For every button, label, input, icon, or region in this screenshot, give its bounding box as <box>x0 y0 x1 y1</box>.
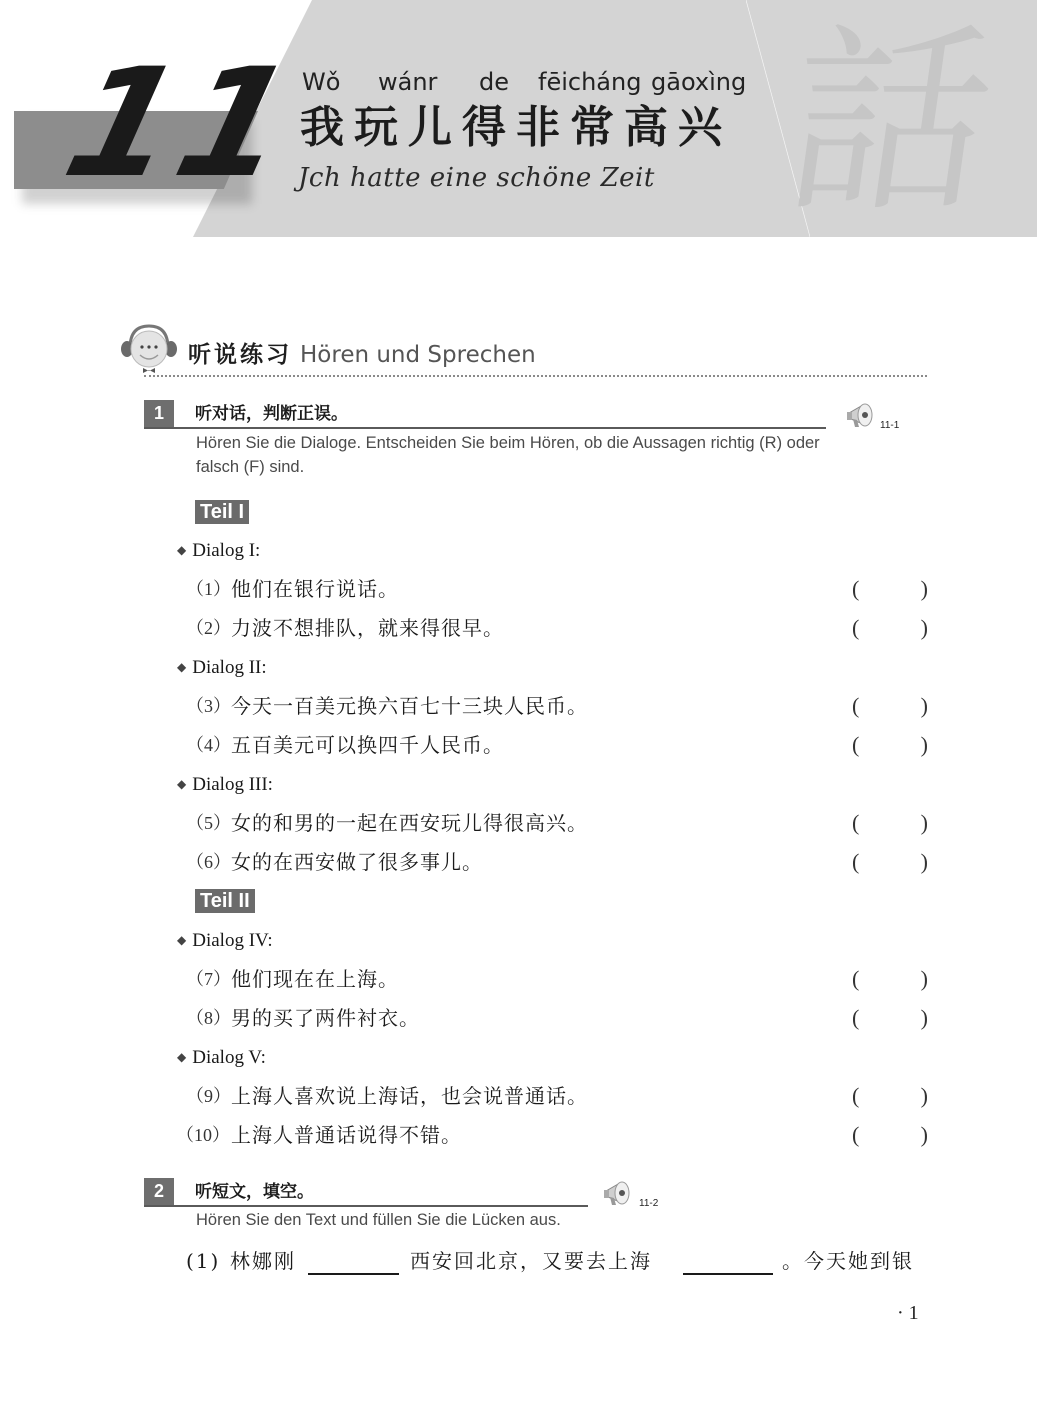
pinyin-word: gāoxìng <box>651 66 746 98</box>
exercise-title-rule <box>144 1205 588 1207</box>
item-text: 五百美元可以换四千人民币。 <box>231 730 504 760</box>
dialog-heading: ◆Dialog II: <box>177 654 267 680</box>
exercise-instruction: Hören Sie die Dialoge. Entscheiden Sie b… <box>196 431 836 479</box>
exercise-title: 听对话，判断正误。 <box>195 401 348 427</box>
section-dotted-divider <box>144 375 927 377</box>
dialog-heading: ◆Dialog I: <box>177 537 260 563</box>
chapter-number: 11 <box>52 44 242 204</box>
fill-text-part: 林娜刚 <box>230 1245 296 1277</box>
item-text: 他们现在在上海。 <box>231 964 399 994</box>
answer-box[interactable]: () <box>850 964 930 994</box>
diamond-bullet-icon: ◆ <box>177 1050 186 1064</box>
answer-box[interactable]: () <box>850 808 930 838</box>
title-pinyin: Wǒ wánr de fēicháng gāoxìng <box>302 66 746 98</box>
item-text: 男的买了两件衬衣。 <box>231 1003 420 1033</box>
diamond-bullet-icon: ◆ <box>177 660 186 674</box>
item-number: （1） <box>186 574 231 604</box>
item-text: 上海人普通话说得不错。 <box>231 1120 462 1150</box>
item-number: （5） <box>186 808 231 838</box>
item-number: （4） <box>186 730 231 760</box>
pinyin-word: fēicháng <box>538 66 651 98</box>
answer-box[interactable]: () <box>850 1003 930 1033</box>
pinyin-word: de <box>479 66 538 98</box>
exercise-number-badge: 2 <box>144 1178 174 1205</box>
headphone-mascot-icon <box>120 322 178 374</box>
fill-item-number: (1) <box>186 1245 220 1277</box>
fill-text-part: 西安回北京，又要去上海 <box>410 1245 652 1277</box>
diamond-bullet-icon: ◆ <box>177 933 186 947</box>
answer-box[interactable]: () <box>850 574 930 604</box>
teil-badge: Teil II <box>195 889 255 913</box>
item-number: （10） <box>176 1120 230 1150</box>
item-number: （6） <box>186 847 231 877</box>
fill-blank[interactable] <box>683 1273 773 1275</box>
statement-item: （8） 男的买了两件衬衣。 () <box>0 1003 1039 1033</box>
pinyin-word: wánr <box>378 66 479 98</box>
item-text: 上海人喜欢说上海话，也会说普通话。 <box>231 1081 588 1111</box>
statement-item: （2） 力波不想排队，就来得很早。 () <box>0 613 1039 643</box>
item-text: 女的在西安做了很多事儿。 <box>231 847 483 877</box>
audio-megaphone-icon[interactable] <box>600 1175 640 1209</box>
exercise-number-badge: 1 <box>144 400 174 427</box>
fill-blank[interactable] <box>308 1273 399 1275</box>
calligraphy-watermark: 話 <box>774 10 1006 235</box>
answer-box[interactable]: () <box>850 613 930 643</box>
exercise-title: 听短文，填空。 <box>195 1179 314 1205</box>
section-title-chinese: 听说练习 <box>188 342 292 368</box>
item-text: 女的和男的一起在西安玩儿得很高兴。 <box>231 808 588 838</box>
teil-badge: Teil I <box>195 500 249 524</box>
audio-megaphone-icon[interactable] <box>843 397 883 431</box>
lesson-title-chinese: 我玩儿得非常高兴 <box>300 100 732 156</box>
item-number: （7） <box>186 964 231 994</box>
dialog-heading: ◆Dialog III: <box>177 771 273 797</box>
diamond-bullet-icon: ◆ <box>177 777 186 791</box>
dialog-heading: ◆Dialog V: <box>177 1044 266 1070</box>
answer-box[interactable]: () <box>850 1120 930 1150</box>
exercise-title-rule <box>144 427 826 429</box>
section-title-german: Hören und Sprechen <box>300 342 536 368</box>
item-text: 他们在银行说话。 <box>231 574 399 604</box>
statement-item: （3） 今天一百美元换六百七十三块人民币。 () <box>0 691 1039 721</box>
statement-item: （6） 女的在西安做了很多事儿。 () <box>0 847 1039 877</box>
lesson-title-german: Jch hatte eine schöne Zeit <box>298 160 655 196</box>
page-number: · 1 <box>897 1302 919 1325</box>
item-number: （2） <box>186 613 231 643</box>
item-number: （3） <box>186 691 231 721</box>
dialog-label: Dialog V: <box>192 1047 266 1068</box>
statement-item: （1） 他们在银行说话。 () <box>0 574 1039 604</box>
dialog-label: Dialog IV: <box>192 930 272 951</box>
statement-item: （4） 五百美元可以换四千人民币。 () <box>0 730 1039 760</box>
statement-item: （7） 他们现在在上海。 () <box>0 964 1039 994</box>
dialog-label: Dialog II: <box>192 657 266 678</box>
item-text: 力波不想排队，就来得很早。 <box>231 613 504 643</box>
item-number: （9） <box>186 1081 231 1111</box>
exercise-instruction: Hören Sie den Text und füllen Sie die Lü… <box>196 1208 616 1232</box>
answer-box[interactable]: () <box>850 847 930 877</box>
audio-track-label: 11-1 <box>880 420 899 431</box>
statement-item: （9） 上海人喜欢说上海话，也会说普通话。 () <box>0 1081 1039 1111</box>
answer-box[interactable]: () <box>850 730 930 760</box>
dialog-heading: ◆Dialog IV: <box>177 927 273 953</box>
diamond-bullet-icon: ◆ <box>177 543 186 557</box>
answer-box[interactable]: () <box>850 691 930 721</box>
item-text: 今天一百美元换六百七十三块人民币。 <box>231 691 588 721</box>
statement-item: （5） 女的和男的一起在西安玩儿得很高兴。 () <box>0 808 1039 838</box>
pinyin-word: Wǒ <box>302 66 378 98</box>
fill-text-part: 。今天她到银 <box>782 1245 914 1277</box>
item-number: （8） <box>186 1003 231 1033</box>
dialog-label: Dialog III: <box>192 774 273 795</box>
answer-box[interactable]: () <box>850 1081 930 1111</box>
section-title: 听说练习Hören und Sprechen <box>188 338 536 372</box>
statement-item: （10） 上海人普通话说得不错。 () <box>0 1120 1039 1150</box>
dialog-label: Dialog I: <box>192 540 260 561</box>
audio-track-label: 11-2 <box>639 1198 658 1209</box>
